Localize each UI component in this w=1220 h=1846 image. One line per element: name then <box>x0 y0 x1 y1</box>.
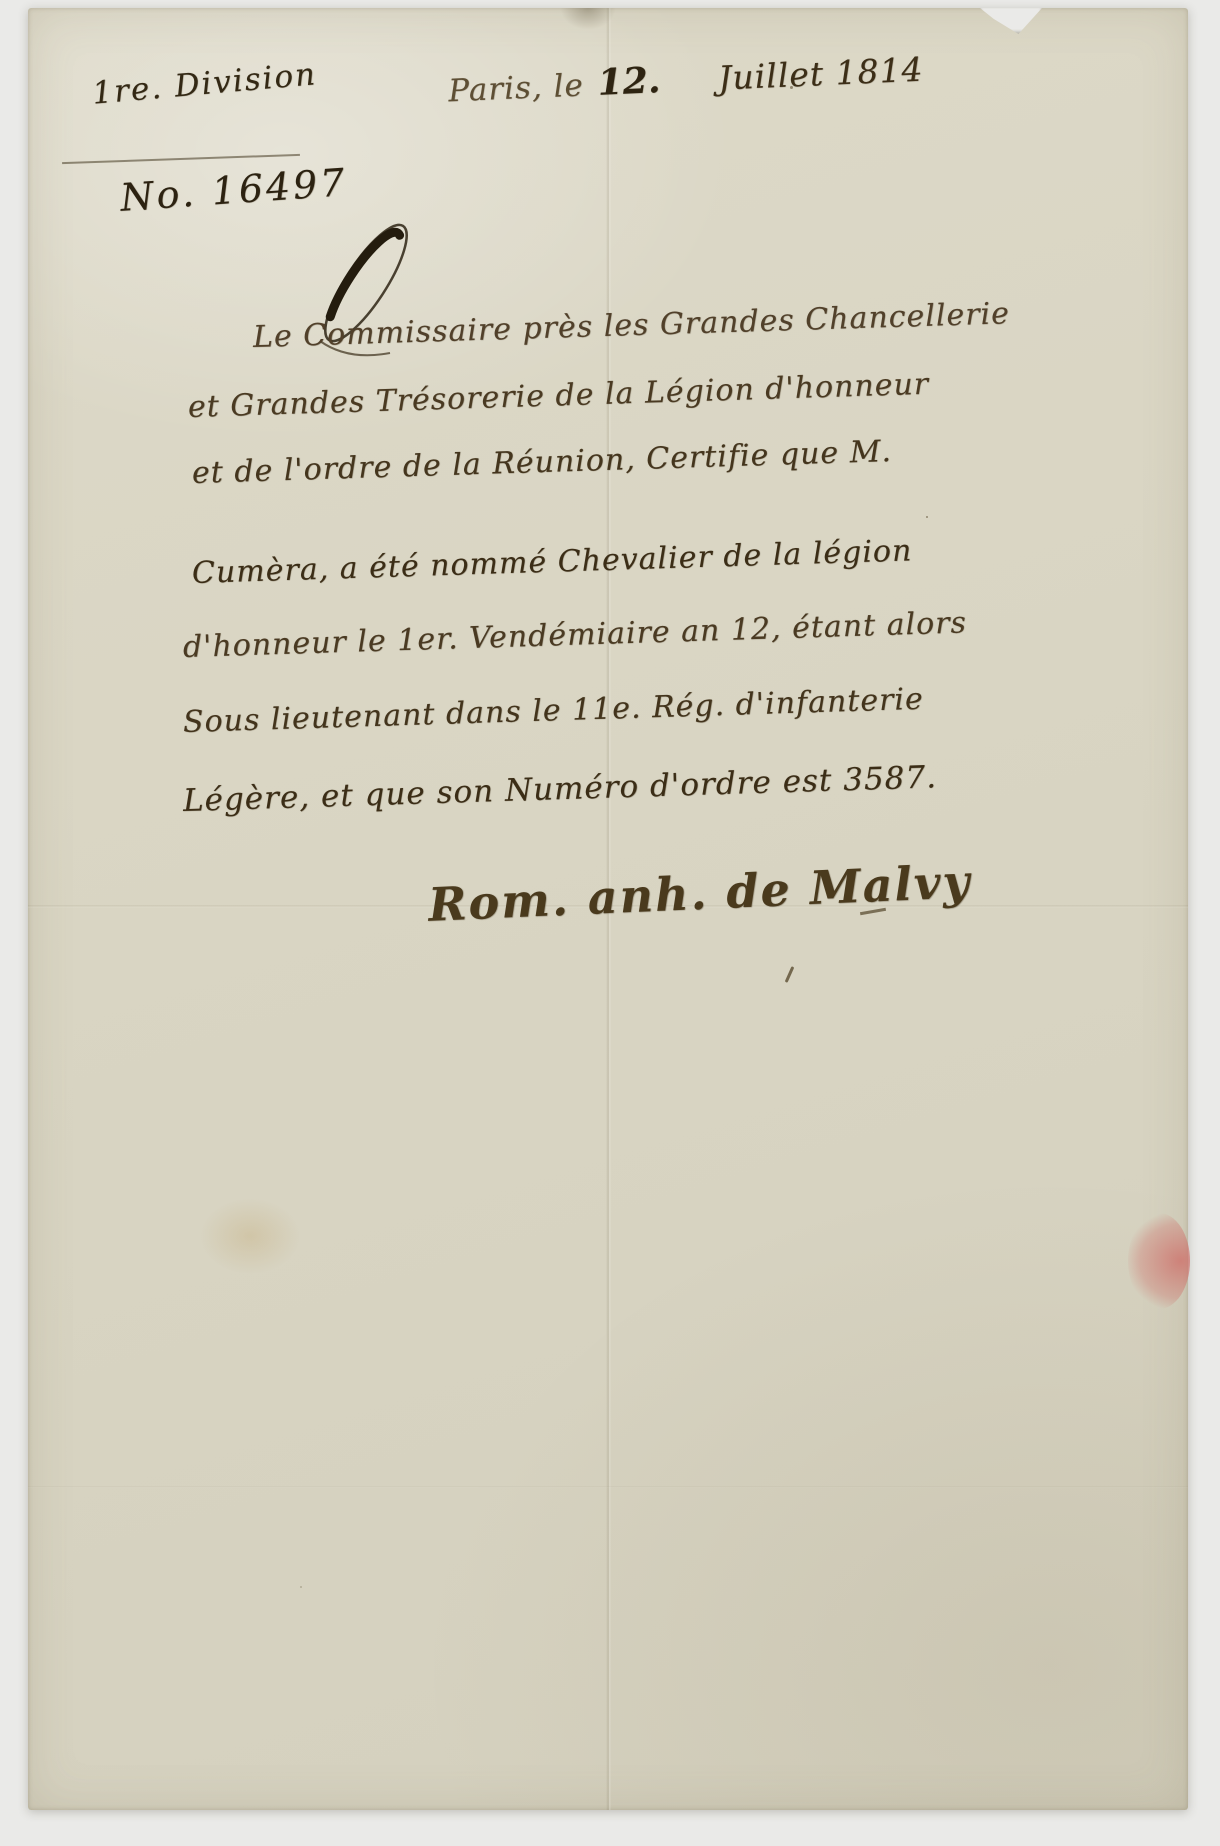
body-line: Sous lieutenant dans le 11e. Rég. d'infa… <box>182 682 924 740</box>
signature-flourish <box>785 966 795 983</box>
dateline-month-year: Juillet 1814 <box>717 50 924 98</box>
dateline-day: 12. <box>597 59 661 104</box>
foxing-stain <box>200 1198 300 1274</box>
manuscript-page: 1re. Division Paris, le 12. Juillet 1814… <box>28 8 1188 1810</box>
ink-speck <box>300 1586 302 1588</box>
fold-top-notch <box>560 8 616 30</box>
body-line: Cumèra, a été nommé Chevalier de la légi… <box>191 533 912 591</box>
torn-edge-notch <box>980 8 1042 34</box>
division-heading: 1re. Division <box>91 56 319 111</box>
dateline-place: Paris, le <box>448 67 585 109</box>
body-line: d'honneur le 1er. Vendémiaire an 12, éta… <box>182 605 967 665</box>
body-line: et Grandes Trésorerie de la Légion d'hon… <box>187 367 929 425</box>
red-stain <box>1128 1213 1190 1309</box>
body-line: Légère, et que son Numéro d'ordre est 35… <box>182 759 937 819</box>
photograph-backdrop: 1re. Division Paris, le 12. Juillet 1814… <box>0 0 1220 1846</box>
division-underline <box>62 154 300 164</box>
body-line: et de l'ordre de la Réunion, Certifie qu… <box>191 434 892 491</box>
ink-speck <box>926 516 928 518</box>
dateline: Paris, le 12. Juillet 1814 <box>447 48 924 111</box>
horizontal-fold-crease-lower <box>28 1486 1188 1488</box>
signature: Rom. anh. de Malvy <box>427 854 972 932</box>
